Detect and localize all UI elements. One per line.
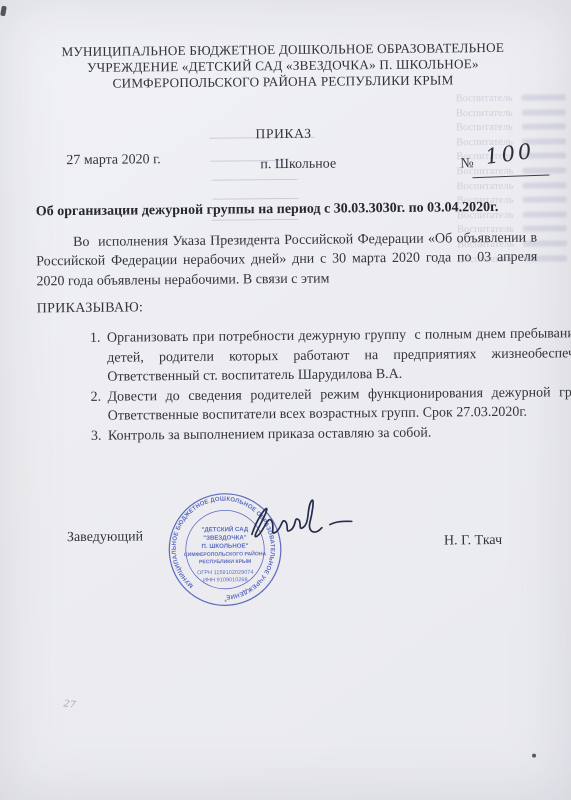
signer-name: Н. Г. Ткач xyxy=(444,533,502,550)
scan-speck xyxy=(532,754,536,758)
order-number-label: № xyxy=(460,156,474,172)
order-body-paragraph: Во исполнения Указа Президента Российско… xyxy=(36,229,538,292)
organization-header: МУНИЦИПАЛЬНОЕ БЮДЖЕТНОЕ ДОШКОЛЬНОЕ ОБРАЗ… xyxy=(17,39,548,92)
bleedthrough-line xyxy=(213,198,299,200)
decree-word: ПРИКАЗЫВАЮ: xyxy=(37,300,144,317)
stamp-ogrn: ОГРН 1159102029074 xyxy=(197,570,253,577)
ghost-text-line: Воспитатель xyxy=(456,92,518,107)
order-place: п. Школьное xyxy=(260,157,336,174)
stamp-separator-star: * xyxy=(224,599,227,606)
order-list-item: Довести до сведения родителей режим функ… xyxy=(104,382,571,426)
sheet-content: Воспитатель Воспитатель Воспитатель Восп… xyxy=(0,0,571,800)
order-date: 27 марта 2020 г. xyxy=(66,152,161,169)
bleedthrough-line xyxy=(212,219,298,221)
order-items-list: Организовать при потребности дежурную гр… xyxy=(37,324,571,446)
stamp-center-line: РЕСПУБЛИКИ КРЫМ xyxy=(199,559,251,566)
pencil-note: 27 xyxy=(63,698,76,710)
stamp-inn: ИНН 9109010268 xyxy=(203,577,248,583)
signer-position: Заведующий xyxy=(67,529,143,546)
ghost-text-line: Воспитатель xyxy=(457,179,519,194)
scanned-order-page: Воспитатель Воспитатель Воспитатель Восп… xyxy=(0,0,571,800)
order-list-item: Организовать при потребности дежурную гр… xyxy=(104,324,571,387)
ghost-text-line: Воспитатель xyxy=(456,106,518,121)
order-list-item: Контроль за выполнением приказа оставляю… xyxy=(105,421,571,445)
bleedthrough-line xyxy=(211,179,297,181)
signature xyxy=(238,493,359,554)
